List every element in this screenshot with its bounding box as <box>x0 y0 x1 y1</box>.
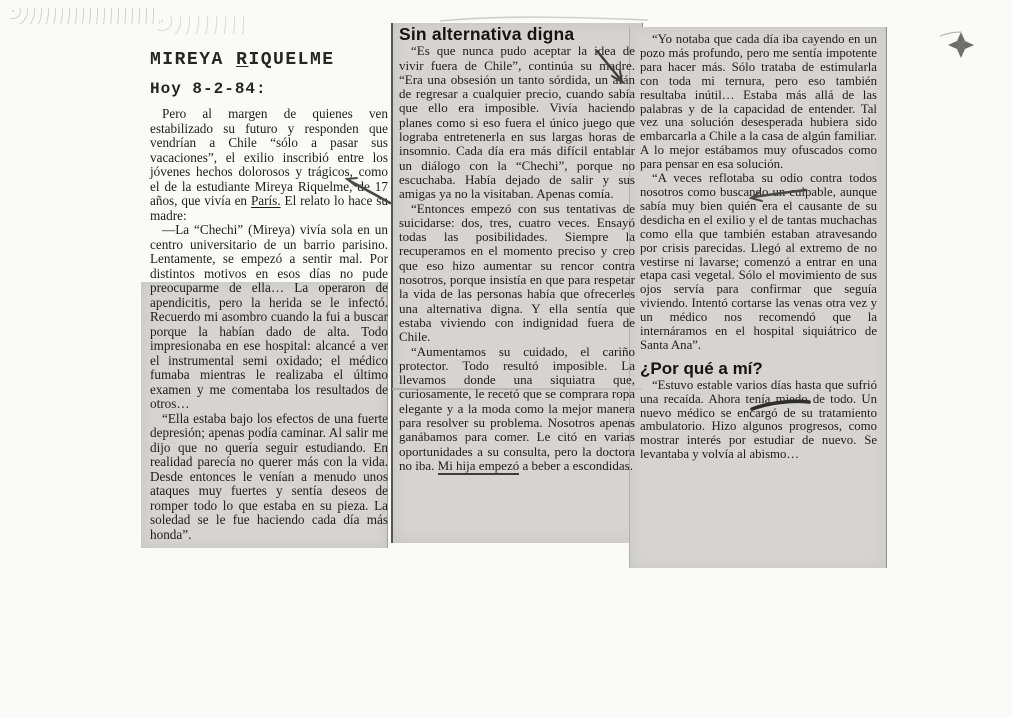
column-3: “Yo notaba que cada día iba cayendo en u… <box>640 33 877 462</box>
cross-ornament <box>940 32 974 58</box>
title-text: IQUELME <box>248 50 334 70</box>
paragraph: “Ella estaba bajo los efectos de una fue… <box>150 412 388 543</box>
scan-smudge <box>440 17 648 21</box>
article-title: MIREYA RIQUELME <box>150 50 388 70</box>
date-line: Hoy 8-2-84: <box>150 80 388 98</box>
column-1-body: Pero al margen de quienes ven estabiliza… <box>150 107 388 542</box>
scan-noise <box>158 16 248 34</box>
paragraph: “Aumentamos su cuidado, el cariño protec… <box>399 345 635 474</box>
paragraph: “A veces reflotaba su odio contra todos … <box>640 172 877 353</box>
paragraph-text: “Aumentamos su cuidado, el cariño protec… <box>399 344 635 473</box>
column-1: MIREYA RIQUELME Hoy 8-2-84: Pero al marg… <box>150 50 388 542</box>
title-text: MIREYA <box>150 50 236 70</box>
scanned-page: MIREYA RIQUELME Hoy 8-2-84: Pero al marg… <box>0 0 1012 717</box>
paragraph: “Yo notaba que cada día iba cayendo en u… <box>640 33 877 172</box>
pen-underlined-phrase: Mi hija empezó <box>438 458 520 475</box>
paragraph: Pero al margen de quienes ven estabiliza… <box>150 107 388 223</box>
scan-noise <box>10 8 160 24</box>
section-subheadline: ¿Por qué a mí? <box>640 362 877 376</box>
column-2: Sin alternativa digna “Es que nunca pudo… <box>399 27 635 473</box>
paragraph: “Entonces empezó con sus tentativas de s… <box>399 202 635 345</box>
title-underlined-letter: R <box>236 50 248 70</box>
underlined-paris: París. <box>251 193 281 208</box>
paragraph: “Estuvo estable varios días hasta que su… <box>640 379 877 462</box>
paragraph-text: a beber a escondidas. <box>519 458 633 473</box>
paragraph: —La “Chechi” (Mireya) vivía sola en un c… <box>150 223 388 412</box>
paragraph: “Es que nunca pudo aceptar la idea de vi… <box>399 44 635 201</box>
section-headline: Sin alternativa digna <box>399 27 635 41</box>
